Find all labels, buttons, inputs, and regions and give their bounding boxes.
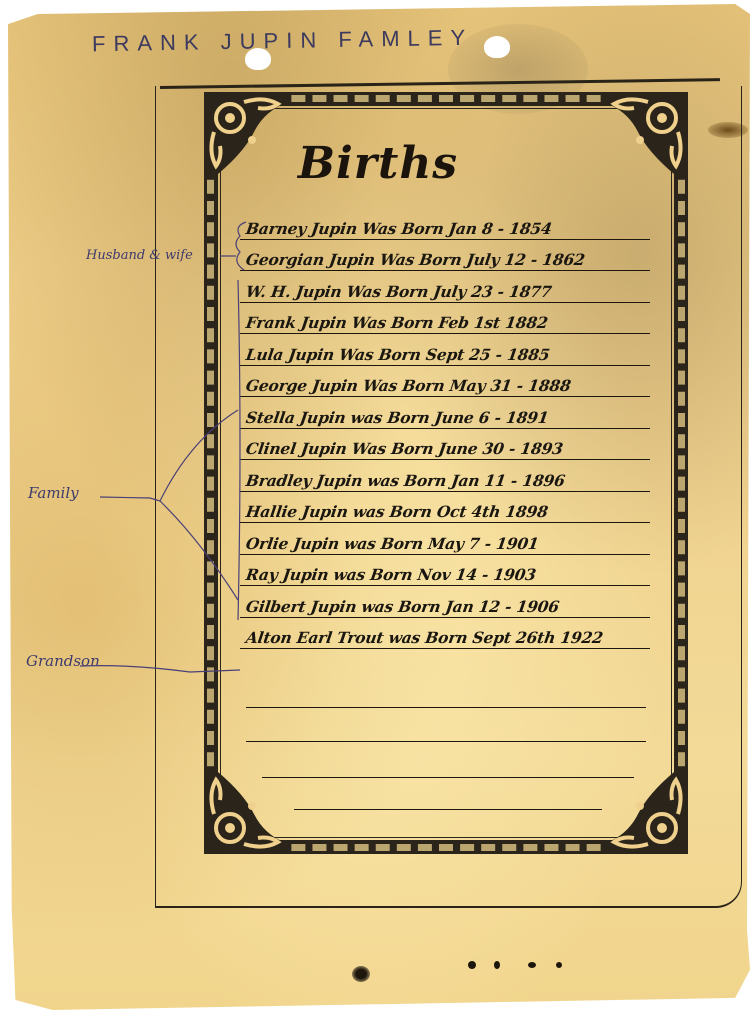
blank-ruled-line: [294, 809, 602, 810]
corner-ornament-bottom-left: [204, 766, 292, 854]
birth-entry: Frank Jupin Was Born Feb 1st 1882: [240, 303, 650, 335]
entry-text: Lula Jupin Was Born Sept 25 - 1885: [245, 345, 551, 364]
blank-ruled-line: [246, 707, 646, 708]
entry-text: Clinel Jupin Was Born June 30 - 1893: [245, 439, 565, 458]
ink-spot: [528, 962, 536, 968]
margin-note-husband-wife: Husband & wife: [86, 248, 193, 263]
punch-hole-left: [245, 48, 271, 70]
birth-entry: Lula Jupin Was Born Sept 25 - 1885: [240, 334, 650, 366]
entry-text: Frank Jupin Was Born Feb 1st 1882: [245, 313, 549, 332]
entry-text: Gilbert Jupin was Born Jan 12 - 1906: [245, 597, 561, 616]
flourish-icon: [600, 766, 688, 854]
entry-text: George Jupin Was Born May 31 - 1888: [245, 376, 572, 395]
birth-entries-list: Barney Jupin Was Born Jan 8 - 1854 Georg…: [240, 208, 650, 649]
entry-text: Hallie Jupin was Born Oct 4th 1898: [245, 502, 550, 521]
birth-entry: Stella Jupin was Born June 6 - 1891: [240, 397, 650, 429]
birth-entry: George Jupin Was Born May 31 - 1888: [240, 366, 650, 398]
birth-entry: Ray Jupin was Born Nov 14 - 1903: [240, 555, 650, 587]
punch-hole-right: [484, 36, 510, 58]
blank-ruled-line: [262, 777, 634, 778]
birth-entry: W. H. Jupin Was Born July 23 - 1877: [240, 271, 650, 303]
blank-ruled-line: [246, 741, 646, 742]
flourish-icon: [204, 766, 292, 854]
entry-text: Alton Earl Trout was Born Sept 26th 1922: [245, 628, 605, 647]
corner-ornament-bottom-right: [600, 766, 688, 854]
birth-entry: Hallie Jupin was Born Oct 4th 1898: [240, 492, 650, 524]
entry-text: W. H. Jupin Was Born July 23 - 1877: [245, 282, 553, 301]
entry-text: Bradley Jupin was Born Jan 11 - 1896: [245, 471, 567, 490]
birth-entry: Georgian Jupin Was Born July 12 - 1862: [240, 240, 650, 272]
ink-spot: [556, 962, 562, 968]
margin-note-grandson: Grandson: [26, 652, 100, 670]
birth-entry: Barney Jupin Was Born Jan 8 - 1854: [240, 208, 650, 240]
birth-entry: Orlie Jupin was Born May 7 - 1901: [240, 523, 650, 555]
entry-text: Ray Jupin was Born Nov 14 - 1903: [245, 565, 538, 584]
ink-spot: [468, 961, 476, 969]
entry-text: Orlie Jupin was Born May 7 - 1901: [245, 534, 540, 553]
margin-note-family: Family: [28, 484, 79, 502]
page-title: Births: [0, 138, 756, 189]
birth-entry: Bradley Jupin was Born Jan 11 - 1896: [240, 460, 650, 492]
birth-entry: Gilbert Jupin was Born Jan 12 - 1906: [240, 586, 650, 618]
entry-text: Georgian Jupin Was Born July 12 - 1862: [245, 250, 586, 269]
ink-blot: [352, 966, 370, 982]
birth-entry: Clinel Jupin Was Born June 30 - 1893: [240, 429, 650, 461]
entry-text: Barney Jupin Was Born Jan 8 - 1854: [245, 219, 553, 238]
ink-spot: [494, 961, 500, 969]
birth-entry: Alton Earl Trout was Born Sept 26th 1922: [240, 618, 650, 650]
entry-text: Stella Jupin was Born June 6 - 1891: [245, 408, 550, 427]
